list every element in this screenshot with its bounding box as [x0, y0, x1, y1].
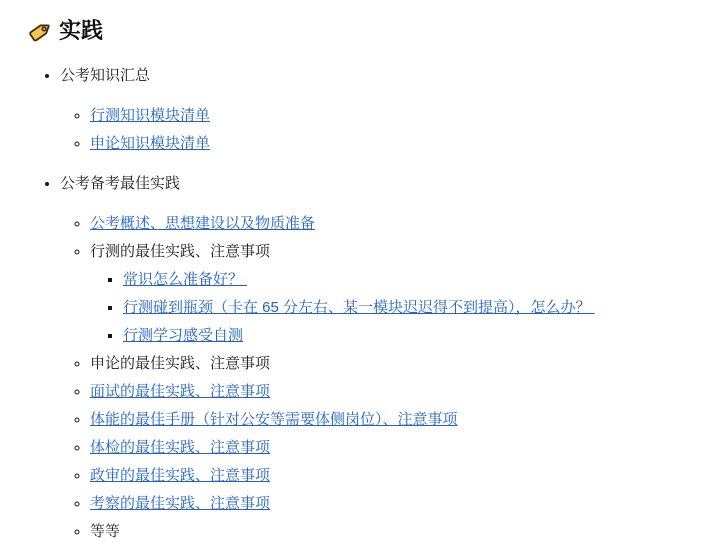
list-item-text: 等等 — [90, 523, 120, 540]
practice-outline-list: 公考知识汇总 行测知识模块清单 申论知识模块清单 公考备考最佳实践 公考概述、思… — [28, 62, 699, 546]
link-xingce-bottleneck[interactable]: 行测碰到瓶颈（卡在 65 分左右、某一模块迟迟得不到提高），怎么办？ — [123, 299, 595, 316]
list-item-text: 行测的最佳实践、注意事项 — [90, 243, 270, 260]
link-political-review-best-practice[interactable]: 政审的最佳实践、注意事项 — [90, 467, 270, 484]
tag-label-icon — [28, 18, 54, 44]
link-investigation-best-practice[interactable]: 考察的最佳实践、注意事项 — [90, 495, 270, 512]
list-item-text: 公考知识汇总 — [60, 67, 150, 84]
list-item: 体检的最佳实践、注意事项 — [90, 434, 699, 462]
link-xingce-self-assessment[interactable]: 行测学习感受自测 — [123, 327, 243, 344]
list-item-xingce-best-practice: 行测的最佳实践、注意事项 常识怎么准备好？ 行测碰到瓶颈（卡在 65 分左右、某… — [90, 238, 699, 350]
page-title: 实践 — [28, 16, 699, 46]
list-item: 政审的最佳实践、注意事项 — [90, 462, 699, 490]
list-item: 面试的最佳实践、注意事项 — [90, 378, 699, 406]
link-physical-fitness-manual[interactable]: 体能的最佳手册（针对公安等需要体侧岗位）、注意事项 — [90, 411, 458, 428]
list-item-shenlun-best-practice: 申论的最佳实践、注意事项 — [90, 350, 699, 378]
list-item-text: 公考备考最佳实践 — [60, 175, 180, 192]
list-item: 行测碰到瓶颈（卡在 65 分左右、某一模块迟迟得不到提高），怎么办？ — [123, 294, 699, 322]
xingce-sublist: 常识怎么准备好？ 行测碰到瓶颈（卡在 65 分左右、某一模块迟迟得不到提高），怎… — [90, 266, 699, 350]
list-item: 申论知识模块清单 — [90, 130, 699, 158]
list-item-gongkao-knowledge-summary: 公考知识汇总 行测知识模块清单 申论知识模块清单 — [60, 62, 699, 158]
list-item-text: 申论的最佳实践、注意事项 — [90, 355, 270, 372]
list-item: 公考概述、思想建设以及物质准备 — [90, 210, 699, 238]
page-title-text: 实践 — [59, 16, 103, 46]
link-xingce-knowledge-module-list[interactable]: 行测知识模块清单 — [90, 107, 210, 124]
best-practice-sublist: 公考概述、思想建设以及物质准备 行测的最佳实践、注意事项 常识怎么准备好？ 行测… — [60, 210, 699, 546]
list-item-gongkao-best-practice: 公考备考最佳实践 公考概述、思想建设以及物质准备 行测的最佳实践、注意事项 常识… — [60, 170, 699, 546]
list-item: 考察的最佳实践、注意事项 — [90, 490, 699, 518]
list-item: 行测学习感受自测 — [123, 322, 699, 350]
link-changshi-how-to-prepare[interactable]: 常识怎么准备好？ — [123, 271, 247, 288]
link-physical-exam-best-practice[interactable]: 体检的最佳实践、注意事项 — [90, 439, 270, 456]
knowledge-sublist: 行测知识模块清单 申论知识模块清单 — [60, 102, 699, 158]
link-shenlun-knowledge-module-list[interactable]: 申论知识模块清单 — [90, 135, 210, 152]
list-item-etc: 等等 — [90, 518, 699, 546]
link-interview-best-practice[interactable]: 面试的最佳实践、注意事项 — [90, 383, 270, 400]
list-item: 常识怎么准备好？ — [123, 266, 699, 294]
list-item: 行测知识模块清单 — [90, 102, 699, 130]
document-page: 实践 公考知识汇总 行测知识模块清单 申论知识模块清单 公考备考最佳实践 公考概… — [0, 0, 719, 546]
link-gongkao-overview-preparation[interactable]: 公考概述、思想建设以及物质准备 — [90, 215, 315, 232]
list-item: 体能的最佳手册（针对公安等需要体侧岗位）、注意事项 — [90, 406, 699, 434]
